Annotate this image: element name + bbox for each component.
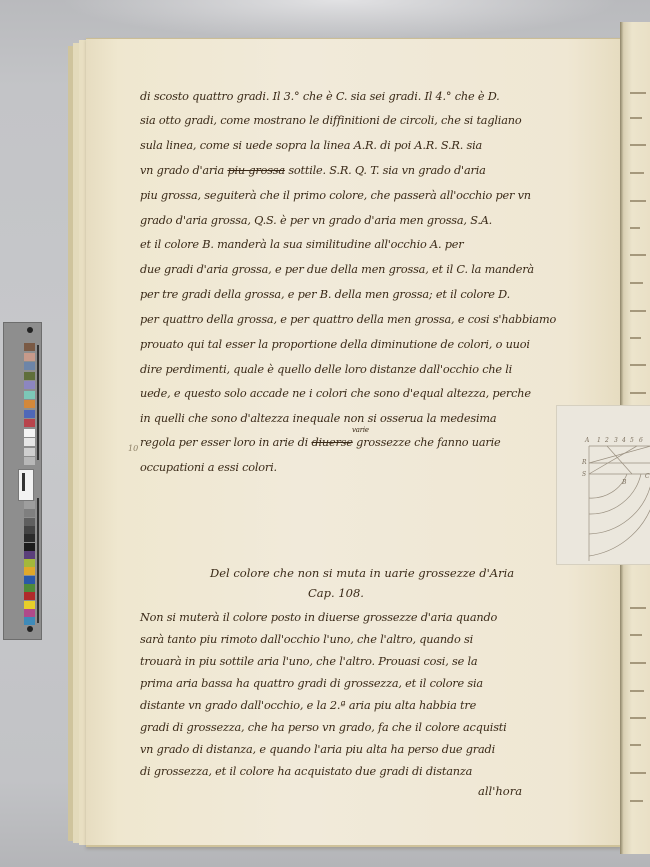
struck-text: piu grossa <box>227 164 284 177</box>
text-line: dire perdimenti, quale è quello delle lo… <box>140 363 512 376</box>
text-line: Non si muterà il colore posto in diuerse… <box>140 611 497 624</box>
color-swatch <box>24 534 35 542</box>
text-line: regola per esser loro in arie di diuerse… <box>140 436 501 449</box>
color-calibration-chart <box>3 322 42 640</box>
text-line: sarà tanto piu rimoto dall'occhio l'uno,… <box>140 633 473 646</box>
color-swatch <box>24 457 35 465</box>
svg-text:S: S <box>582 471 586 478</box>
color-swatch <box>24 419 35 427</box>
color-swatch <box>24 353 35 361</box>
chart-hole <box>27 327 33 333</box>
color-swatch <box>24 362 35 370</box>
background-shadow <box>60 0 620 40</box>
color-swatch <box>24 509 35 517</box>
text-line: prouato qui tal esser la proportione del… <box>140 338 530 351</box>
color-swatch <box>24 584 35 592</box>
color-swatch <box>24 551 35 559</box>
text-line: prima aria bassa ha quattro gradi di gro… <box>140 677 483 690</box>
color-swatch <box>24 592 35 600</box>
text-line: piu grossa, seguiterà che il primo color… <box>140 189 531 202</box>
text-line: sia otto gradi, come mostrano le diffini… <box>140 114 521 127</box>
perspective-diagram: A12 345 6 RS BC <box>557 406 650 564</box>
color-swatch <box>24 609 35 617</box>
text-line: per quattro della grossa, e per quattro … <box>140 313 556 326</box>
color-swatch <box>24 410 35 418</box>
color-swatch <box>24 501 35 509</box>
text-line: trouarà in piu sottile aria l'uno, che l… <box>140 655 477 668</box>
color-swatch <box>24 400 35 408</box>
chapter-title: Del colore che non si muta in uarie gros… <box>210 566 514 580</box>
interlinear-correction: varie <box>352 426 369 434</box>
color-swatch <box>24 391 35 399</box>
text-line: due gradi d'aria grossa, e per due della… <box>140 263 534 276</box>
text-line: vn grado d'aria piu grossa sottile. S.R.… <box>140 164 486 177</box>
svg-text:3: 3 <box>614 437 618 444</box>
svg-text:2: 2 <box>604 437 609 444</box>
text-line: distante vn grado dall'occhio, e la 2.ª … <box>140 699 476 712</box>
color-swatch <box>24 343 35 351</box>
chart-hole <box>27 626 33 632</box>
color-swatch <box>24 448 35 456</box>
color-swatch <box>24 526 35 534</box>
text-line: sula linea, come si uede sopra la linea … <box>140 139 482 152</box>
text-line: in quelli che sono d'altezza inequale no… <box>140 412 496 425</box>
text-line: di scosto quattro gradi. Il 3.° che è C.… <box>140 90 500 103</box>
text-line: occupationi a essi colori. <box>140 461 277 474</box>
diagram-insert: A12 345 6 RS BC <box>556 405 650 565</box>
text-line: uede, e questo solo accade ne i colori c… <box>140 387 531 400</box>
color-swatch <box>24 429 35 437</box>
color-swatch <box>24 617 35 625</box>
color-swatch <box>24 601 35 609</box>
catchword: all'hora <box>478 784 522 798</box>
svg-text:1: 1 <box>597 437 601 444</box>
svg-text:A: A <box>584 437 590 444</box>
svg-text:6: 6 <box>639 437 643 444</box>
svg-text:C: C <box>645 473 650 480</box>
text-line: grado d'aria grossa, Q.S. è per vn grado… <box>140 214 492 227</box>
margin-note: 10 <box>128 444 138 453</box>
chart-label <box>18 469 34 501</box>
text-line: gradi di grossezza, che ha perso vn grad… <box>140 721 507 734</box>
color-swatch <box>24 518 35 526</box>
color-swatch <box>24 381 35 389</box>
chapter-number: Cap. 108. <box>308 586 364 600</box>
svg-text:R: R <box>581 459 587 466</box>
color-swatch <box>24 372 35 380</box>
svg-text:5: 5 <box>630 437 634 444</box>
struck-text: diuerse <box>311 436 352 449</box>
text-line: et il colore B. manderà la sua similitud… <box>140 238 463 251</box>
svg-text:B: B <box>621 479 627 486</box>
color-swatch <box>24 576 35 584</box>
color-swatch <box>24 438 35 446</box>
svg-text:4: 4 <box>621 437 626 444</box>
color-swatch <box>24 559 35 567</box>
color-swatch <box>24 567 35 575</box>
text-line: per tre gradi della grossa, e per B. del… <box>140 288 510 301</box>
text-line: vn grado di distanza, e quando l'aria pi… <box>140 743 495 756</box>
text-line: di grossezza, et il colore ha acquistato… <box>140 765 472 778</box>
color-swatch <box>24 543 35 551</box>
